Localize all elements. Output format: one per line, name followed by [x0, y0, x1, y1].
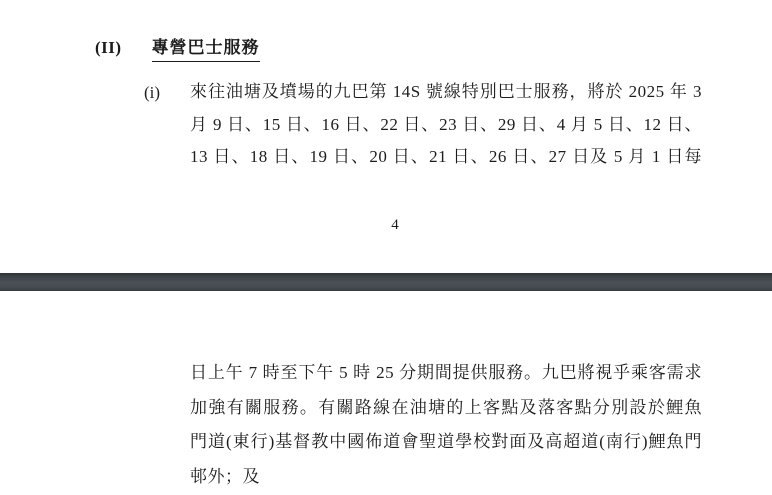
list-item-text: 來往油塘及墳場的九巴第 14S 號線特別巴士服務，將於 2025 年 3 月 9… — [190, 76, 702, 174]
text-line: 月 9 日、15 日、16 日、22 日、23 日、29 日、4 月 5 日、1… — [190, 109, 702, 142]
text-line: 日上午 7 時至下午 5 時 25 分期間提供服務。九巴將視乎乘客需求 — [190, 356, 702, 391]
text-line: 邨外；及 — [190, 460, 702, 495]
section-heading-marker: (II) — [95, 38, 122, 58]
text-line: 13 日、18 日、19 日、20 日、21 日、26 日、27 日及 5 月 … — [190, 141, 702, 174]
section-heading-title: 專營巴士服務 — [152, 33, 260, 62]
text-line: 來往油塘及墳場的九巴第 14S 號線特別巴士服務，將於 2025 年 3 — [190, 76, 702, 109]
page-number: 4 — [95, 217, 695, 234]
list-item-marker: (i) — [144, 82, 160, 104]
body-paragraph: 日上午 7 時至下午 5 時 25 分期間提供服務。九巴將視乎乘客需求 加強有關… — [190, 356, 702, 494]
page-separator — [0, 273, 772, 291]
section-heading: (II)專營巴士服務 — [95, 33, 260, 62]
text-line: 加強有關服務。有關路線在油塘的上客點及落客點分別設於鯉魚 — [190, 391, 702, 426]
text-line: 門道(東行)基督教中國佈道會聖道學校對面及高超道(南行)鯉魚門 — [190, 425, 702, 460]
document-viewer: (II)專營巴士服務 (i) 來往油塘及墳場的九巴第 14S 號線特別巴士服務，… — [0, 0, 772, 495]
